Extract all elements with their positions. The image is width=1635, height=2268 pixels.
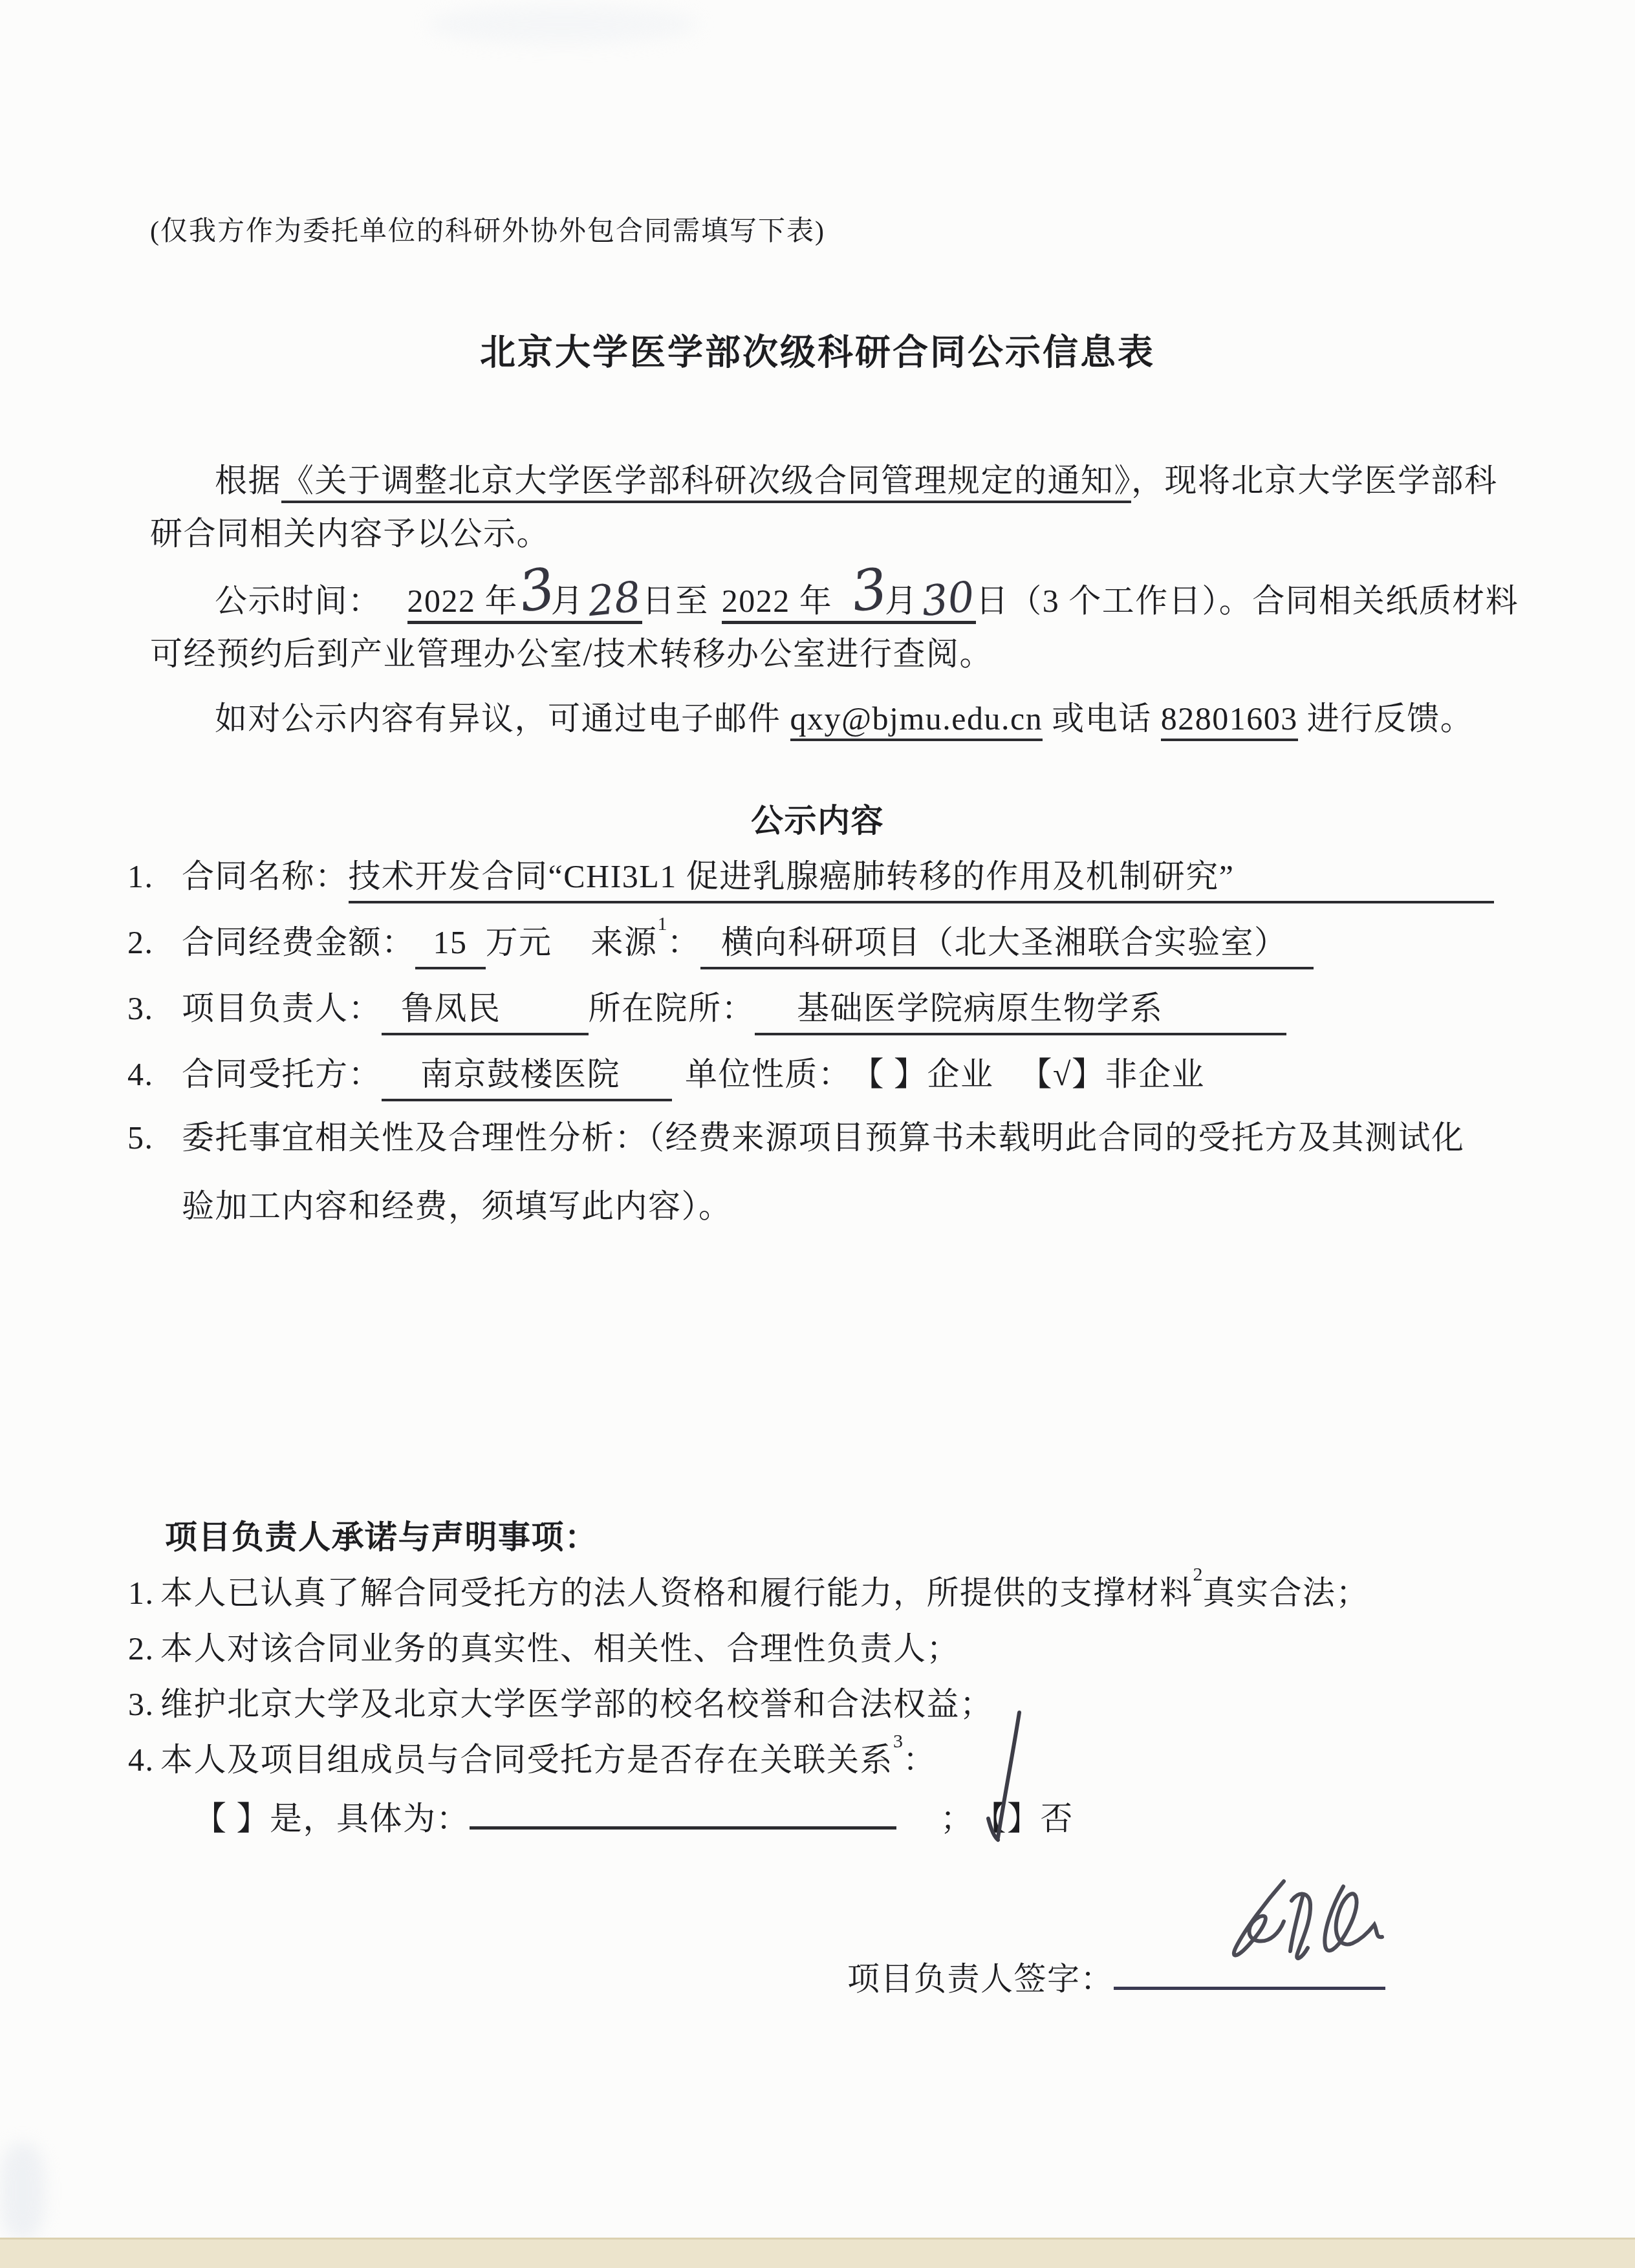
contract-amount-value: 15 (415, 921, 486, 969)
item-number: 2. (128, 1627, 160, 1671)
analysis-line2: 验加工内容和经费，须填写此内容）。 (182, 1188, 732, 1224)
page-title-text: 北京大学医学部次级科研合同公示信息表 (480, 332, 1155, 372)
content-item-5: 5. 委托事宜相关性及合理性分析：（经费来源项目预算书未载明此合同的受托方及其测… (127, 1116, 1494, 1160)
declaration-1-post: 真实合法； (1203, 1575, 1370, 1611)
item-number: 1. (128, 1571, 160, 1615)
declaration-2-text: 本人对该合同业务的真实性、相关性、合理性负责人； (160, 1627, 960, 1671)
item-number: 4. (127, 1053, 182, 1097)
publicity-time-label: 公示时间： (215, 583, 382, 619)
contract-name-label: 合同名称： (182, 855, 349, 899)
feedback-phone: 82801603 (1161, 700, 1298, 741)
contract-amount-label: 合同经费金额： (182, 921, 415, 965)
trustee-label: 合同受托方： (182, 1053, 382, 1097)
declaration-1-text: 本人已认真了解合同受托方的法人资格和履行能力，所提供的支撑材料2真实合法； (160, 1571, 1369, 1615)
end-date-blank: 2022 年3月30 (722, 583, 976, 624)
intro-pre: 根据 (215, 462, 281, 499)
intro-post: ，现将北京大学医学部科 (1131, 462, 1498, 499)
yes-detail-blank (470, 1793, 896, 1830)
footnote-ref-2: 2 (1193, 1564, 1203, 1585)
handwritten-end-day: 30 (922, 597, 975, 603)
declaration-1-pre: 本人已认真了解合同受托方的法人资格和履行能力，所提供的支撑材料 (160, 1575, 1193, 1611)
item-number: 1. (127, 855, 182, 899)
declaration-3-text: 维护北京大学及北京大学医学部的校名校誉和合法权益； (160, 1683, 993, 1727)
declaration-heading: 项目负责人承诺与声明事项： (165, 1516, 598, 1560)
institute-value: 基础医学院病原生物学系 (755, 987, 1286, 1035)
declaration-item-1: 1. 本人已认真了解合同受托方的法人资格和履行能力，所提供的支撑材料2真实合法； (128, 1571, 1495, 1615)
item-number: 4. (128, 1738, 160, 1782)
scan-bottom-band (0, 2238, 1635, 2268)
handwritten-check-icon (978, 1710, 1030, 1849)
content-item-4: 4. 合同受托方： 南京鼓楼医院 单位性质： 【 】企业 【√】非企业 (127, 1053, 1494, 1101)
signature-label: 项目负责人签字： (847, 1961, 1114, 1997)
checkbox-non-enterprise: 【√】非企业 (1020, 1053, 1205, 1097)
declaration-item-4: 4. 本人及项目组成员与合同受托方是否存在关联关系3： (128, 1738, 1495, 1782)
amount-unit: 万元 (486, 921, 552, 965)
publicity-time-line2-text: 可经预约后到产业管理办公室/技术转移办公室进行查阅。 (150, 636, 993, 672)
yes-option: 【 】是，具体为： (194, 1800, 470, 1837)
content-item-5-line2: 验加工内容和经费，须填写此内容）。 (182, 1185, 732, 1229)
entity-type-label: 单位性质： (685, 1053, 852, 1097)
intro-line2: 研合同相关内容予以公示。 (150, 512, 550, 556)
analysis-line1: 委托事宜相关性及合理性分析：（经费来源项目预算书未载明此合同的受托方及其测试化 (182, 1116, 1465, 1160)
regulation-doc-title: 《关于调整北京大学医学部科研次级合同管理规定的通知》 (281, 462, 1131, 503)
content-item-2: 2. 合同经费金额： 15 万元 来源1： 横向科研项目（北大圣湘联合实验室） (127, 921, 1494, 969)
trustee-value: 南京鼓楼医院 (382, 1053, 672, 1101)
source-colon: ： (667, 924, 701, 960)
no-checkbox: 【】否 (974, 1797, 1074, 1841)
checkbox-enterprise: 【 】企业 (852, 1053, 994, 1097)
separator-semicolon: ； (940, 1800, 974, 1837)
handwritten-start-month: 3 (519, 587, 554, 594)
scanned-form-page: (仅我方作为委托单位的科研外协外包合同需填写下表) 北京大学医学部次级科研合同公… (0, 0, 1635, 2268)
item-number: 2. (127, 921, 182, 965)
source-label-text: 来源 (591, 924, 658, 960)
declaration-heading-text: 项目负责人承诺与声明事项： (165, 1519, 598, 1555)
top-note-text: (仅我方作为委托单位的科研外协外包合同需填写下表) (150, 217, 825, 246)
publicity-time-tail: 日（3 个工作日）。合同相关纸质材料 (976, 583, 1519, 619)
feedback-post: 进行反馈。 (1298, 700, 1474, 737)
start-date-blank: 2022 年3月28 (407, 583, 642, 624)
relation-yes-no-line: 【 】是，具体为： ；【】否 (194, 1793, 1074, 1841)
page-title: 北京大学医学部次级科研合同公示信息表 (0, 329, 1635, 376)
item-number: 3. (128, 1683, 160, 1727)
content-heading-text: 公示内容 (751, 803, 884, 839)
pi-label: 项目负责人： (182, 987, 382, 1031)
content-item-1: 1. 合同名称： 技术开发合同“CHI3L1 促进乳腺癌肺转移的作用及机制研究” (127, 855, 1494, 903)
contract-name-value: 技术开发合同“CHI3L1 促进乳腺癌肺转移的作用及机制研究” (349, 855, 1495, 903)
declaration-4-pre: 本人及项目组成员与合同受托方是否存在关联关系 (160, 1742, 893, 1778)
declaration-4-post: ： (903, 1742, 937, 1778)
content-item-3: 3. 项目负责人： 鲁凤民 所在院所： 基础医学院病原生物学系 (127, 987, 1494, 1035)
feedback-line: 如对公示内容有异议，可通过电子邮件 qxy@bjmu.edu.cn 或电话 82… (215, 697, 1473, 741)
source-value: 横向科研项目（北大圣湘联合实验室） (700, 921, 1314, 969)
pi-name-value: 鲁凤民 (382, 987, 589, 1035)
declaration-item-2: 2. 本人对该合同业务的真实性、相关性、合理性负责人； (128, 1627, 1495, 1671)
item-number: 3. (127, 987, 182, 1031)
content-heading: 公示内容 (0, 799, 1635, 843)
footnote-ref-3: 3 (893, 1731, 903, 1752)
handwritten-signature-scribble (1219, 1872, 1439, 1989)
feedback-email: qxy@bjmu.edu.cn (790, 700, 1043, 741)
scan-artifact (0, 2143, 45, 2240)
start-year: 2022 年 (407, 583, 519, 619)
handwritten-start-day: 28 (588, 597, 640, 603)
intro-line2-text: 研合同相关内容予以公示。 (150, 515, 550, 552)
publicity-time-line2: 可经预约后到产业管理办公室/技术转移办公室进行查阅。 (150, 632, 993, 676)
top-note: (仅我方作为委托单位的科研外协外包合同需填写下表) (150, 213, 825, 250)
no-option: 否 (1041, 1800, 1074, 1837)
intro-line1: 根据《关于调整北京大学医学部科研次级合同管理规定的通知》，现将北京大学医学部科 (215, 459, 1498, 503)
end-year: 2022 年 (722, 583, 833, 619)
item-number: 5. (127, 1116, 182, 1160)
feedback-pre: 如对公示内容有异议，可通过电子邮件 (215, 700, 790, 737)
footnote-ref-1: 1 (658, 913, 667, 934)
publicity-time-line1: 公示时间：2022 年3月28日至2022 年3月30日（3 个工作日）。合同相… (215, 579, 1519, 623)
source-label: 来源1： (591, 921, 701, 965)
scan-artifact (427, 5, 698, 44)
declaration-item-3: 3. 维护北京大学及北京大学医学部的校名校誉和合法权益； (128, 1683, 1495, 1727)
feedback-mid: 或电话 (1043, 700, 1161, 737)
institute-label: 所在院所： (589, 987, 755, 1031)
between-label: 日至 (642, 583, 709, 619)
handwritten-end-month: 3 (852, 588, 887, 593)
declaration-4-text: 本人及项目组成员与合同受托方是否存在关联关系3： (160, 1738, 937, 1782)
